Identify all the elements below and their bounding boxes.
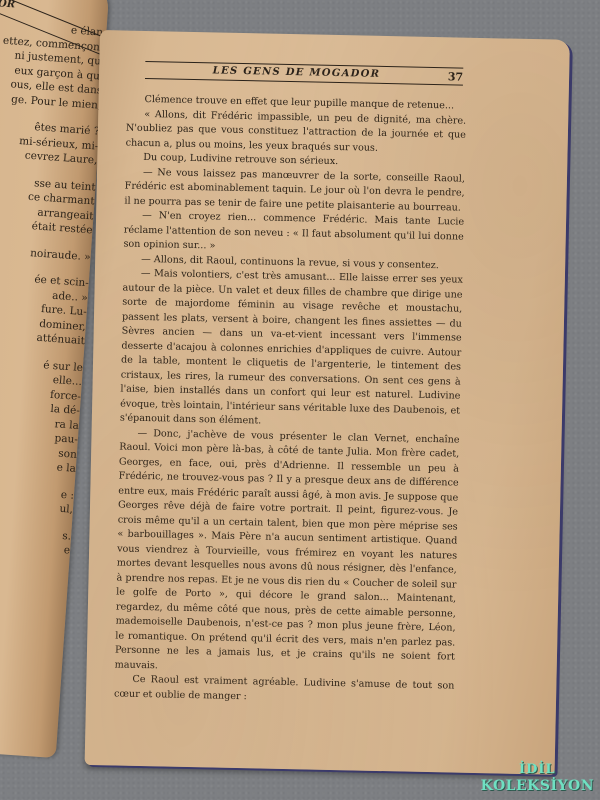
book-title: LES GENS DE MOGADOR [145,64,448,83]
paragraph: — N'en croyez rien... commence Frédéric.… [123,209,464,260]
page-number: 37 [448,70,464,83]
paragraph: Ce Raoul est vraiment agréable. Ludivine… [114,672,455,708]
paragraph: « Allons, dit Frédéric impassible, un pe… [125,107,466,158]
watermark: İDİL KOLEKSİYON [481,762,594,794]
watermark-line-2: KOLEKSİYON [481,778,594,794]
page-body-text: Clémence trouve en effet que leur pupill… [114,93,467,709]
right-page: LES GENS DE MOGADOR 37 Clémence trouve e… [85,30,570,775]
paragraph: — Donc, j'achève de vous présenter le cl… [115,426,460,680]
left-running-head-fragment: OR [0,0,15,10]
running-head: LES GENS DE MOGADOR 37 [145,61,463,86]
watermark-line-1: İDİL [481,762,594,778]
paragraph: — Mais volontiers, c'est très amusant...… [120,267,463,434]
paragraph: — Ne vous laissez pas manœuvrer de la so… [124,165,465,216]
